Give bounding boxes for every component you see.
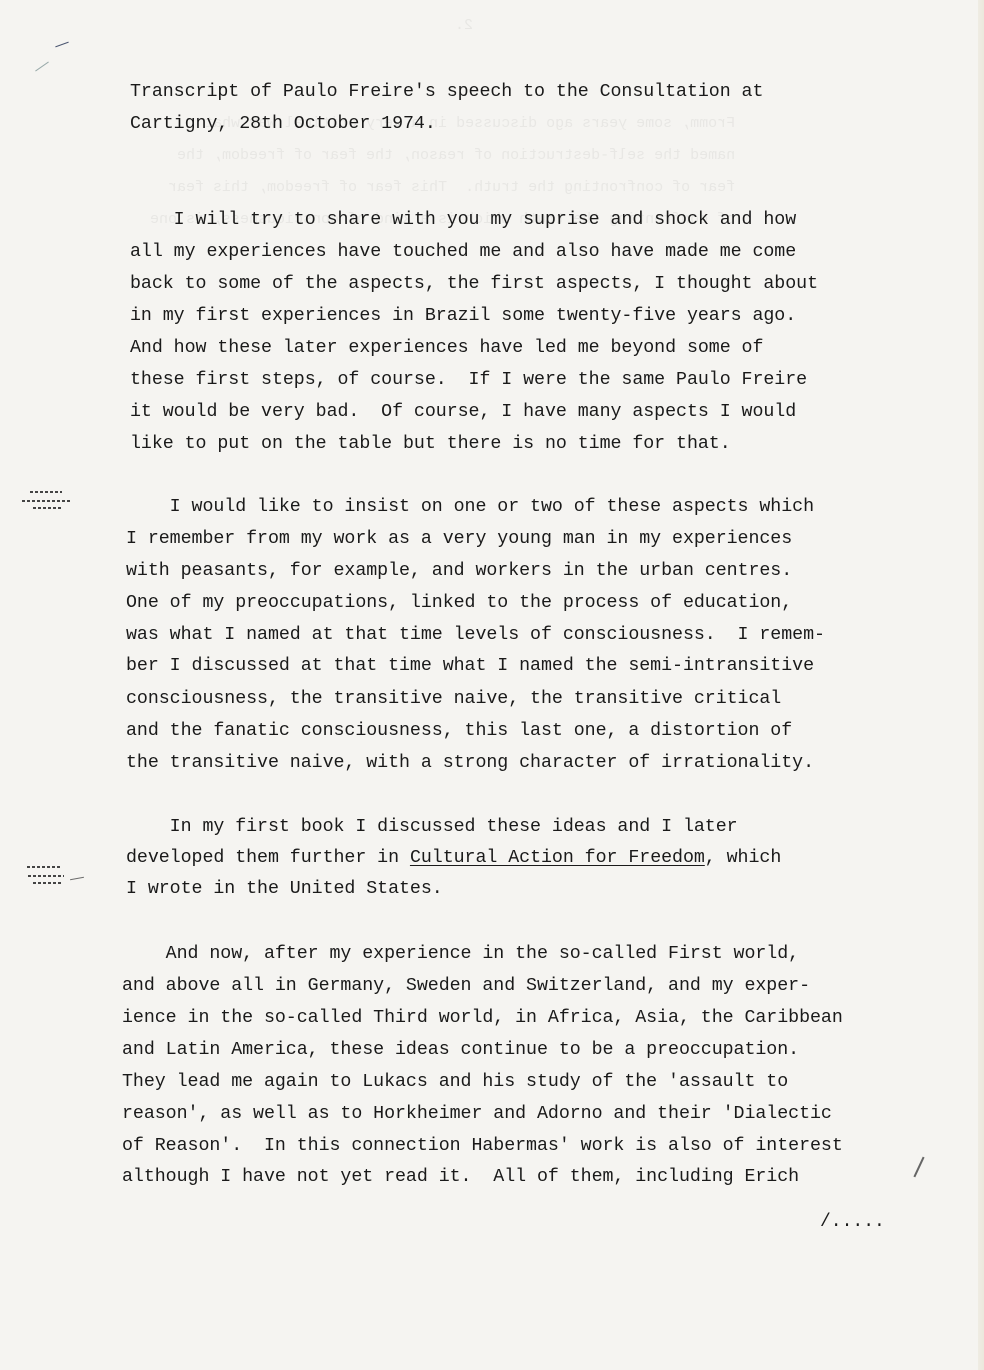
- margin-mark: [27, 866, 62, 868]
- paragraph-2-line: the transitive naive, with a strong char…: [126, 753, 814, 773]
- paragraph-3-line: I wrote in the United States.: [126, 879, 443, 899]
- paragraph-2-line: One of my preoccupations, linked to the …: [126, 593, 792, 613]
- margin-mark: [22, 500, 72, 502]
- paragraph-1-line: I will try to share with you my suprise …: [130, 210, 796, 230]
- margin-mark: [33, 507, 61, 509]
- margin-mark: [28, 875, 64, 877]
- bleed-through-page-number: 2.: [455, 10, 473, 42]
- paragraph-3-line: developed them further in Cultural Actio…: [126, 848, 781, 868]
- paragraph-4-line: although I have not yet read it. All of …: [122, 1167, 799, 1187]
- paragraph-2-line: was what I named at that time levels of …: [126, 625, 825, 645]
- paragraph-3-text: developed them further in: [126, 848, 410, 868]
- paragraph-1-line: it would be very bad. Of course, I have …: [130, 402, 796, 422]
- paragraph-2-line: and the fanatic consciousness, this last…: [126, 721, 792, 741]
- paragraph-1-line: back to some of the aspects, the first a…: [130, 274, 818, 294]
- paragraph-1-line: And how these later experiences have led…: [130, 338, 763, 358]
- margin-mark: [35, 62, 49, 72]
- paragraph-2-line: consciousness, the transitive naive, the…: [126, 689, 781, 709]
- paragraph-4-line: and Latin America, these ideas continue …: [122, 1040, 799, 1060]
- paragraph-1-line: these first steps, of course. If I were …: [130, 370, 807, 390]
- paragraph-4-line: reason', as well as to Horkheimer and Ad…: [122, 1104, 832, 1124]
- heading-line-1: Transcript of Paulo Freire's speech to t…: [130, 82, 763, 102]
- continuation-mark: /.....: [820, 1212, 885, 1232]
- paragraph-4-line: And now, after my experience in the so-c…: [122, 944, 799, 964]
- paragraph-3-line: In my first book I discussed these ideas…: [126, 817, 738, 837]
- paragraph-4-line: and above all in Germany, Sweden and Swi…: [122, 976, 810, 996]
- paragraph-4-line: ience in the so-called Third world, in A…: [122, 1008, 843, 1028]
- document-page: Fromm, some years ago discussed in a ver…: [0, 0, 984, 1370]
- margin-mark: [70, 877, 84, 880]
- margin-mark: [30, 491, 62, 493]
- margin-slash-mark: [913, 1157, 924, 1178]
- paragraph-2-line: I would like to insist on one or two of …: [126, 497, 814, 517]
- heading-line-2: Cartigny, 28th October 1974.: [130, 114, 436, 134]
- paragraph-3-text: , which: [705, 848, 781, 868]
- margin-mark: [33, 882, 63, 884]
- paragraph-2-line: with peasants, for example, and workers …: [126, 561, 792, 581]
- paragraph-2-line: ber I discussed at that time what I name…: [126, 656, 814, 676]
- margin-mark: [55, 42, 68, 48]
- book-title-underlined: Cultural Action for Freedom: [410, 848, 705, 868]
- paragraph-4-line: of Reason'. In this connection Habermas'…: [122, 1136, 843, 1156]
- paragraph-1-line: like to put on the table but there is no…: [130, 434, 731, 454]
- paragraph-4-line: They lead me again to Lukacs and his stu…: [122, 1072, 788, 1092]
- paragraph-2-line: I remember from my work as a very young …: [126, 529, 792, 549]
- paragraph-1-line: in my first experiences in Brazil some t…: [130, 306, 796, 326]
- paragraph-1-line: all my experiences have touched me and a…: [130, 242, 796, 262]
- page-edge: [978, 0, 984, 1370]
